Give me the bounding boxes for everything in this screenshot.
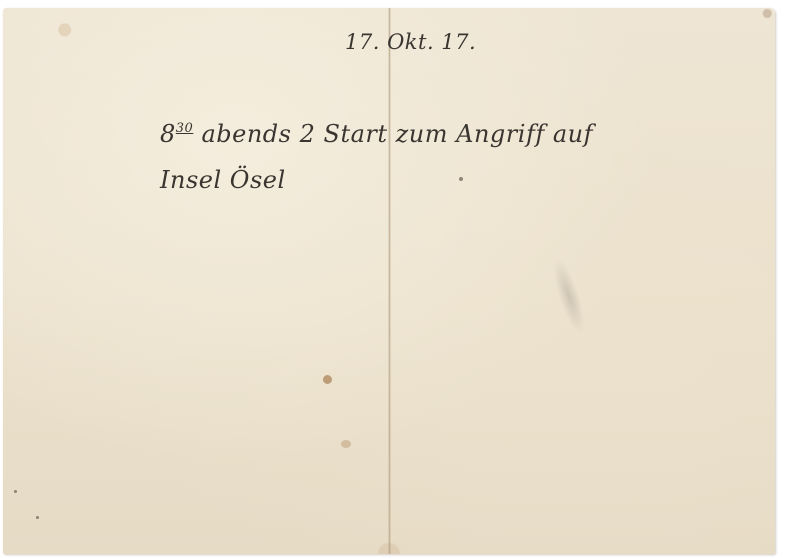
note-date: 17. Okt. 17. <box>345 30 476 54</box>
time-minutes: 30 <box>176 121 194 136</box>
paper-fold-crease <box>388 8 391 554</box>
stain-spot <box>36 516 39 519</box>
note-card <box>3 8 775 554</box>
stain-spot <box>14 490 17 493</box>
stain-spot <box>459 177 463 181</box>
smudge-mark <box>547 255 591 337</box>
stain-spot <box>341 440 351 448</box>
stain-spot <box>323 375 332 384</box>
time-hour: 8 <box>160 120 176 148</box>
note-line-1: 830 abends 2 Start zum Angriff auf <box>160 120 593 148</box>
note-line-1-text: abends 2 Start zum Angriff auf <box>201 120 593 148</box>
note-line-2: Insel Ösel <box>160 166 286 194</box>
